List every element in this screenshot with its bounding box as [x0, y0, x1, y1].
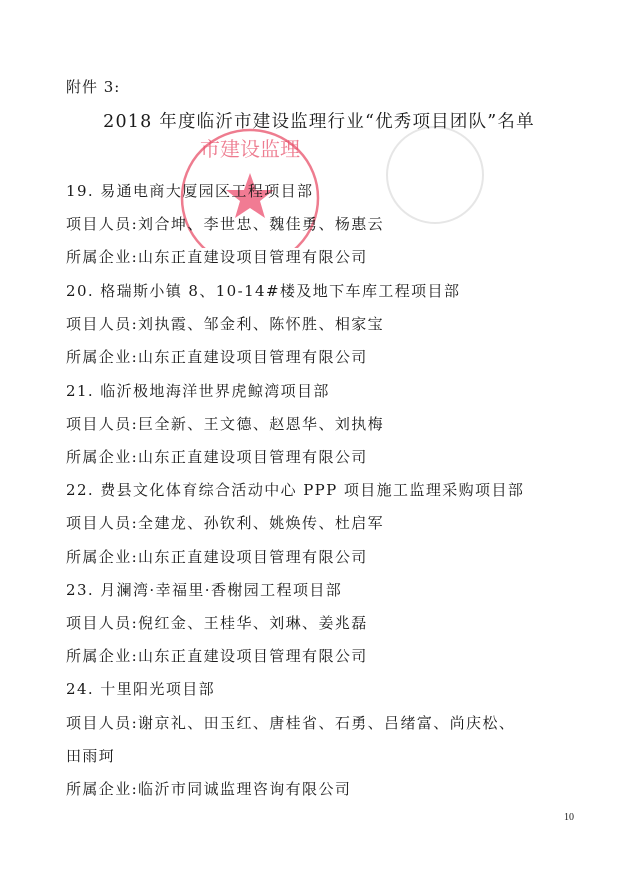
project-name: 24. 十里阳光项目部: [66, 678, 215, 699]
project-company: 所属企业:山东正直建设项目管理有限公司: [66, 446, 368, 467]
project-members: 项目人员:刘执霞、邹金利、陈怀胜、相家宝: [66, 313, 384, 334]
project-members: 项目人员:刘合坤、李世忠、魏佳勇、杨惠云: [66, 213, 384, 234]
project-members: 项目人员:巨全新、王文德、赵恩华、刘执梅: [66, 413, 384, 434]
svg-text:市建设监理: 市建设监理: [200, 137, 300, 161]
project-name: 20. 格瑞斯小镇 8、10-14#楼及地下车库工程项目部: [66, 280, 460, 301]
project-company: 所属企业:山东正直建设项目管理有限公司: [66, 546, 368, 567]
document-page: 市建设监理 附件 3: 2018 年度临沂市建设监理行业“优秀项目团队”名单 1…: [0, 0, 638, 877]
project-company: 所属企业:临沂市同诚监理咨询有限公司: [66, 778, 351, 799]
project-name: 21. 临沂极地海洋世界虎鲸湾项目部: [66, 380, 330, 401]
project-name: 19. 易通电商大厦园区工程项目部: [66, 180, 313, 201]
project-company: 所属企业:山东正直建设项目管理有限公司: [66, 645, 368, 666]
page-number: 10: [564, 812, 574, 823]
project-company: 所属企业:山东正直建设项目管理有限公司: [66, 346, 368, 367]
faint-stamp-icon: [375, 120, 495, 230]
project-name: 22. 费县文化体育综合活动中心 PPP 项目施工监理采购项目部: [66, 479, 524, 500]
project-company: 所属企业:山东正直建设项目管理有限公司: [66, 246, 368, 267]
project-name: 23. 月澜湾·幸福里·香榭园工程项目部: [66, 579, 342, 600]
project-members: 项目人员:倪红金、王桂华、刘琳、姜兆磊: [66, 612, 368, 633]
project-members: 项目人员:全建龙、孙钦利、姚焕传、杜启军: [66, 512, 384, 533]
project-members: 项目人员:谢京礼、田玉红、唐桂省、石勇、吕绪富、尚庆松、: [66, 712, 515, 733]
project-members-continued: 田雨珂: [66, 745, 115, 766]
attachment-label: 附件 3:: [66, 76, 120, 97]
document-title: 2018 年度临沂市建设监理行业“优秀项目团队”名单: [0, 108, 638, 133]
